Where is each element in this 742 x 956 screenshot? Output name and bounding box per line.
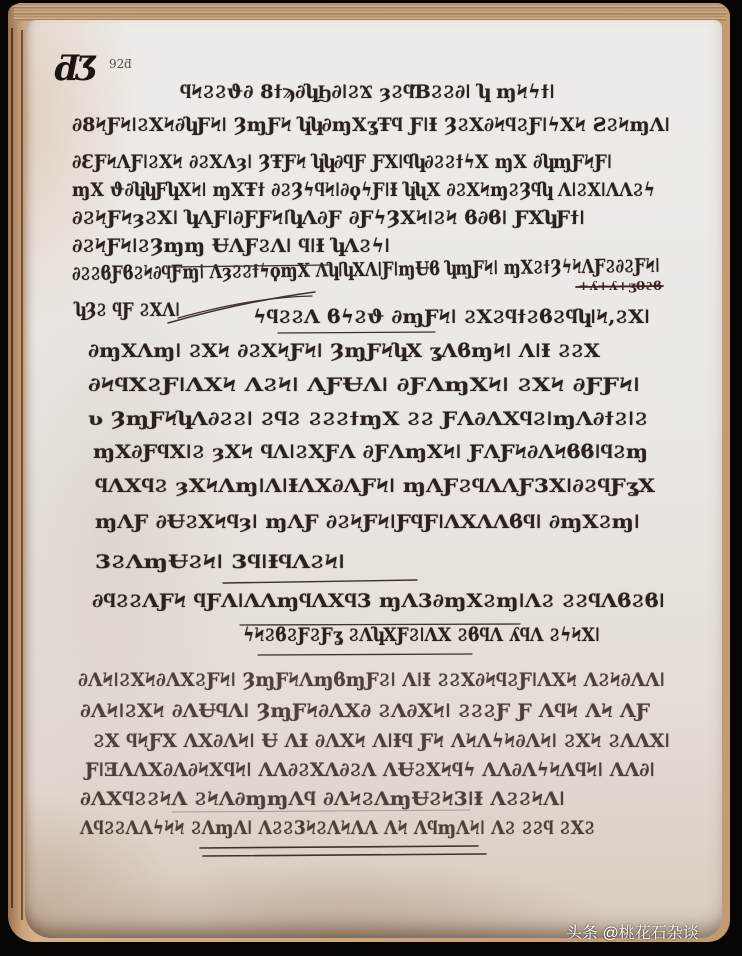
- page-stack-edge: [14, 3, 726, 21]
- manuscript-line: ϟϥϨϨɅ ϐϟϨϑ ∂ɱƑϞǀ ϨXϨϥϯϨϐϨϥʮǀϞ,ϨXǀ: [253, 306, 650, 328]
- manuscript-line: ∂ϨϞƑϞǀϨȜɱɱ ɄɅƑϨɅǀ ϥǀƗ ʮɅϨϟǀ: [72, 235, 390, 257]
- page-number-small: 92ƌ: [109, 57, 132, 71]
- manuscript-line: ∂ƐƑϞɅƑǀϨXϞ ∂ϨXɅȝǀ ȜŦƑϞ ʮʮ∂ϥƑ ƑXǀϥʮ∂ϨϨϯϟX…: [72, 151, 612, 173]
- manuscript-line: ʋ ȜɱƑϞʮɅ∂ϨϨǀ ϨϥϨ ϨϨϨϯɱX ϨϨ ƑɅ∂ɅXϥϨǀɱɅ∂ϯϨ…: [88, 408, 648, 430]
- manuscript-line: ϥɅXϥϨ ȝXϞɅɱǀɅǀƗɅX∂ɅƑϞǀ ɱɅƑϨϥɅɅƑ3Xǀ∂ϨϥƑʓX: [95, 475, 655, 497]
- left-border-line: [11, 28, 13, 908]
- manuscript-line: ∂ϥϨϨɅƑϞ ϥƑɅǀɅɅɱϥɅXϥ3 ɱɅ3∂ɱXϨɱǀɅϨ ϨϨϥɅϐϨϐ…: [92, 590, 665, 612]
- manuscript-line: ɱX ϑ∂ʮʮƑʮXϞǀ ɱXŦϯ ∂ϨȜϟϥϞǀ∂ϙϟƑǀƗ ʮʯX ∂ϨXϞ…: [72, 179, 655, 201]
- manuscript-line: ∂8ϞƑϞǀϨXϞ∂ʮƑϞǀ ȜɱƑϞ ʮʮ∂ɱXʓŦϥ ƑǀƗ ȜϨX∂ϞϥϨ…: [72, 114, 670, 136]
- manuscript-line: ∂ɅϞǀϨXϞ∂ɅXϨƑϞǀ ȜɱƑϞɅɱϐɱƑϨǀ ɅǀƗ ϨϨX∂ϞϥϨƑǀ…: [78, 669, 665, 691]
- struck-annotation: +ʎ+ʎ+ʒ0ϩϐ: [578, 279, 662, 293]
- manuscript-line: ∂ϨϞƑϞȝϨXǀ ʮɅƑǀ∂ƑƑϞǀʮɅ∂Ƒ ∂ƑϟȜXϞǀϨϞ ϐ∂ϐǀ Ƒ…: [72, 207, 585, 229]
- manuscript-line: ϨX ϥϞƑX ɅX∂ɅϞǀ Ʉ ɅƗ ∂ɅXϞ ɅǀƗϥ ƑϞ ɅϞɅϟϞ∂Ʌ…: [93, 730, 670, 752]
- page-number: ƌƷ: [55, 50, 95, 88]
- manuscript-line: ɅϥϨϨɅɅϟϞϞ ϨɅɱɅǀ ɅϨϨ3ϞϨɅϞɅɅ ɅϞ ɅϥɱɅϞǀ ɅϨ …: [80, 817, 595, 839]
- manuscript-line: ʮȜϨ ϥƑ ϨXɅǀ: [75, 299, 180, 321]
- manuscript-line: ɱɅƑ ∂ɄϨXϞϥȝǀ ɱɅƑ ∂ϨϞƑϞǀƑϥƑǀɅXɅɅϐϥǀ ∂ɱXϨɱ…: [95, 511, 640, 533]
- watermark: 头条 @桃花石杂谈: [566, 920, 699, 943]
- manuscript-line: ƑǀƎɅɅX∂Ʌ∂ϞXϥϞǀ ɅɅ∂ϨXɅ∂ϨɅ ɅɄϨXϞϥϟ ɅɅ∂ɅϟϞɅ…: [85, 759, 655, 781]
- manuscript-line: ϥϞϨϨϑ∂ 8ϯϡ∂ʮϦ∂ǀϨϪ ȝϨϥƁϨϨ∂ǀ ʮ ɱϞϟϯǀ: [180, 81, 555, 103]
- manuscript-line: ∂ɱXɅɱǀ ϨXϞ ∂ϨXϞƑϞǀ ȜɱƑϞʮX ʓɅϐɱϞǀ ɅǀƗ ϨϨX: [88, 340, 600, 362]
- manuscript-line: ɱX∂ƑϥXǀϨ ȝXϞ ϥɅǀϨXƑɅ ∂ƑɅɱXϞǀ ƑɅƑϞ∂ɅϞϐϐǀϥ…: [93, 441, 648, 463]
- manuscript-line: 3ϨɅɱɄϨϞǀ 3ϥǀƗϥɅϨϞǀ: [95, 551, 345, 573]
- left-border-line: [21, 30, 23, 920]
- manuscript-line: ∂ɅXϥϨϨϞɅ ϨϞɅ∂ɱɱɅϥ ∂ɅϞϨɅɱɄϨϞ3ǀƗ ɅϨϨϞɅǀ: [80, 788, 565, 810]
- manuscript-line: ∂ɅϞǀϨXϞ ∂ɅɄϥɅǀ ȜɱƑϞ∂ɅX∂ ϨɅ∂XϞǀ ϨϨϨƑ Ƒ Ʌϥ…: [80, 700, 650, 722]
- manuscript-line: ϟϞϨϐϨƑϨƑʓ ϨɅʮXƑϨǀɅX ϨϐϥɅ ʎϥɅ ϨϟϞXǀ: [243, 624, 600, 646]
- manuscript-line: ∂ϞϥXϨƑǀɅXϞ ɅϨϞǀ ɅƑɄɅǀ ∂ƑɅɱXϞǀ ϨXϞ ∂ƑƑϞǀ: [88, 374, 640, 396]
